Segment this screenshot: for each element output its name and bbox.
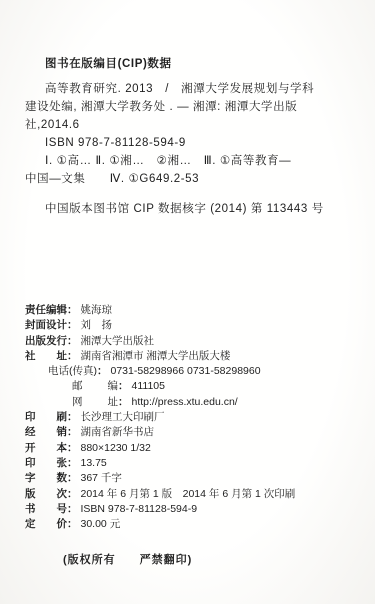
colophon-label: 印张 <box>25 456 67 471</box>
book-copyright-page: 图书在版编目(CIP)数据 高等教育研究. 2013 / 湘潭大学发展规划与学科… <box>0 0 375 604</box>
colophon-label: 邮编 <box>72 379 118 394</box>
colophon-row-editor: 责任编辑：姚海琼 <box>25 303 375 318</box>
cip-isbn-line: ISBN 978-7-81128-594-9 <box>25 134 357 152</box>
colophon-value: 0731-58298966 0731-58298960 <box>111 364 261 379</box>
colophon-value: 湖南省湘潭市 湘潭大学出版大楼 <box>81 349 231 364</box>
cip-number-line: 中国版本图书馆 CIP 数据核字 (2014) 第 113443 号 <box>25 200 357 218</box>
colophon-value: 30.00 元 <box>81 517 121 532</box>
colophon-label: 社址 <box>25 349 67 364</box>
colophon-row-address: 社址：湖南省湘潭市 湘潭大学出版大楼 <box>25 349 375 364</box>
colophon-colon: ： <box>67 334 78 349</box>
colophon-value: 880×1230 1/32 <box>81 441 151 456</box>
colophon-label: 书号 <box>25 502 67 517</box>
colophon-value: 刘 扬 <box>81 318 113 333</box>
colophon-row-format: 开本：880×1230 1/32 <box>25 441 375 456</box>
colophon-value: 367 千字 <box>81 471 122 486</box>
colophon-label: 经销 <box>25 425 67 440</box>
colophon-row-edition: 版次：2014 年 6 月第 1 版 2014 年 6 月第 1 次印刷 <box>25 487 375 502</box>
colophon-colon: ： <box>67 349 78 364</box>
colophon-row-postcode: 邮编：411105 <box>25 379 375 394</box>
colophon-row-sheets: 印张：13.75 <box>25 456 375 471</box>
colophon-label: 定价 <box>25 517 67 532</box>
colophon-row-cover-design: 封面设计：刘 扬 <box>25 318 375 333</box>
colophon-row-book-number: 书号：ISBN 978-7-81128-594-9 <box>25 502 375 517</box>
cip-record-line-2: 建设处编, 湘潭大学教务处 . — 湘潭: 湘潭大学出版 <box>25 98 357 116</box>
colophon-colon: ： <box>118 395 129 410</box>
colophon-value: 411105 <box>132 379 165 394</box>
colophon-section: 责任编辑：姚海琼 封面设计：刘 扬 出版发行：湘潭大学出版社 社址：湖南省湘潭市… <box>0 303 375 532</box>
colophon-colon: ： <box>67 303 78 318</box>
colophon-label: 电话(传真) <box>48 364 97 379</box>
colophon-value: 2014 年 6 月第 1 版 2014 年 6 月第 1 次印刷 <box>81 487 296 502</box>
colophon-colon: ： <box>67 502 78 517</box>
colophon-colon: ： <box>97 364 108 379</box>
colophon-colon: ： <box>118 379 129 394</box>
colophon-value: 姚海琼 <box>81 303 113 318</box>
colophon-row-printer: 印刷：长沙理工大印刷厂 <box>25 410 375 425</box>
colophon-label: 出版发行 <box>25 334 67 349</box>
colophon-value: 13.75 <box>81 456 107 471</box>
colophon-colon: ： <box>67 425 78 440</box>
colophon-value: ISBN 978-7-81128-594-9 <box>81 502 198 517</box>
colophon-value: 湖南省新华书店 <box>81 425 155 440</box>
colophon-colon: ： <box>67 456 78 471</box>
colophon-row-website: 网址：http://press.xtu.edu.cn/ <box>25 395 375 410</box>
colophon-row-distributor: 经销：湖南省新华书店 <box>25 425 375 440</box>
colophon-colon: ： <box>67 471 78 486</box>
cip-section: 图书在版编目(CIP)数据 高等教育研究. 2013 / 湘潭大学发展规划与学科… <box>0 0 375 218</box>
colophon-colon: ： <box>67 517 78 532</box>
colophon-row-publisher: 出版发行：湘潭大学出版社 <box>25 334 375 349</box>
colophon-label: 网址 <box>72 395 118 410</box>
colophon-website-url: http://press.xtu.edu.cn/ <box>132 395 238 410</box>
colophon-value: 长沙理工大印刷厂 <box>81 410 165 425</box>
colophon-colon: ： <box>67 441 78 456</box>
colophon-colon: ： <box>67 318 78 333</box>
colophon-label: 责任编辑 <box>25 303 67 318</box>
copyright-notice: (版权所有 严禁翻印) <box>0 551 375 567</box>
cip-classification-line-1: Ⅰ. ①高… Ⅱ. ①湘… ②湘… Ⅲ. ①高等教育— <box>25 152 357 170</box>
cip-classification-line-2: 中国—文集 Ⅳ. ①G649.2-53 <box>25 170 357 188</box>
colophon-row-phone: 电话(传真)：0731-58298966 0731-58298960 <box>25 364 375 379</box>
cip-record-line-3: 社,2014.6 <box>25 116 357 134</box>
cip-record-line-1: 高等教育研究. 2013 / 湘潭大学发展规划与学科 <box>25 80 357 98</box>
colophon-label: 字数 <box>25 471 67 486</box>
colophon-colon: ： <box>67 487 78 502</box>
colophon-value: 湘潭大学出版社 <box>81 334 155 349</box>
colophon-label: 开本 <box>25 441 67 456</box>
colophon-label: 版次 <box>25 487 67 502</box>
colophon-label: 封面设计 <box>25 318 67 333</box>
colophon-row-price: 定价：30.00 元 <box>25 517 375 532</box>
colophon-colon: ： <box>67 410 78 425</box>
cip-heading: 图书在版编目(CIP)数据 <box>25 55 357 73</box>
colophon-row-word-count: 字数：367 千字 <box>25 471 375 486</box>
colophon-label: 印刷 <box>25 410 67 425</box>
